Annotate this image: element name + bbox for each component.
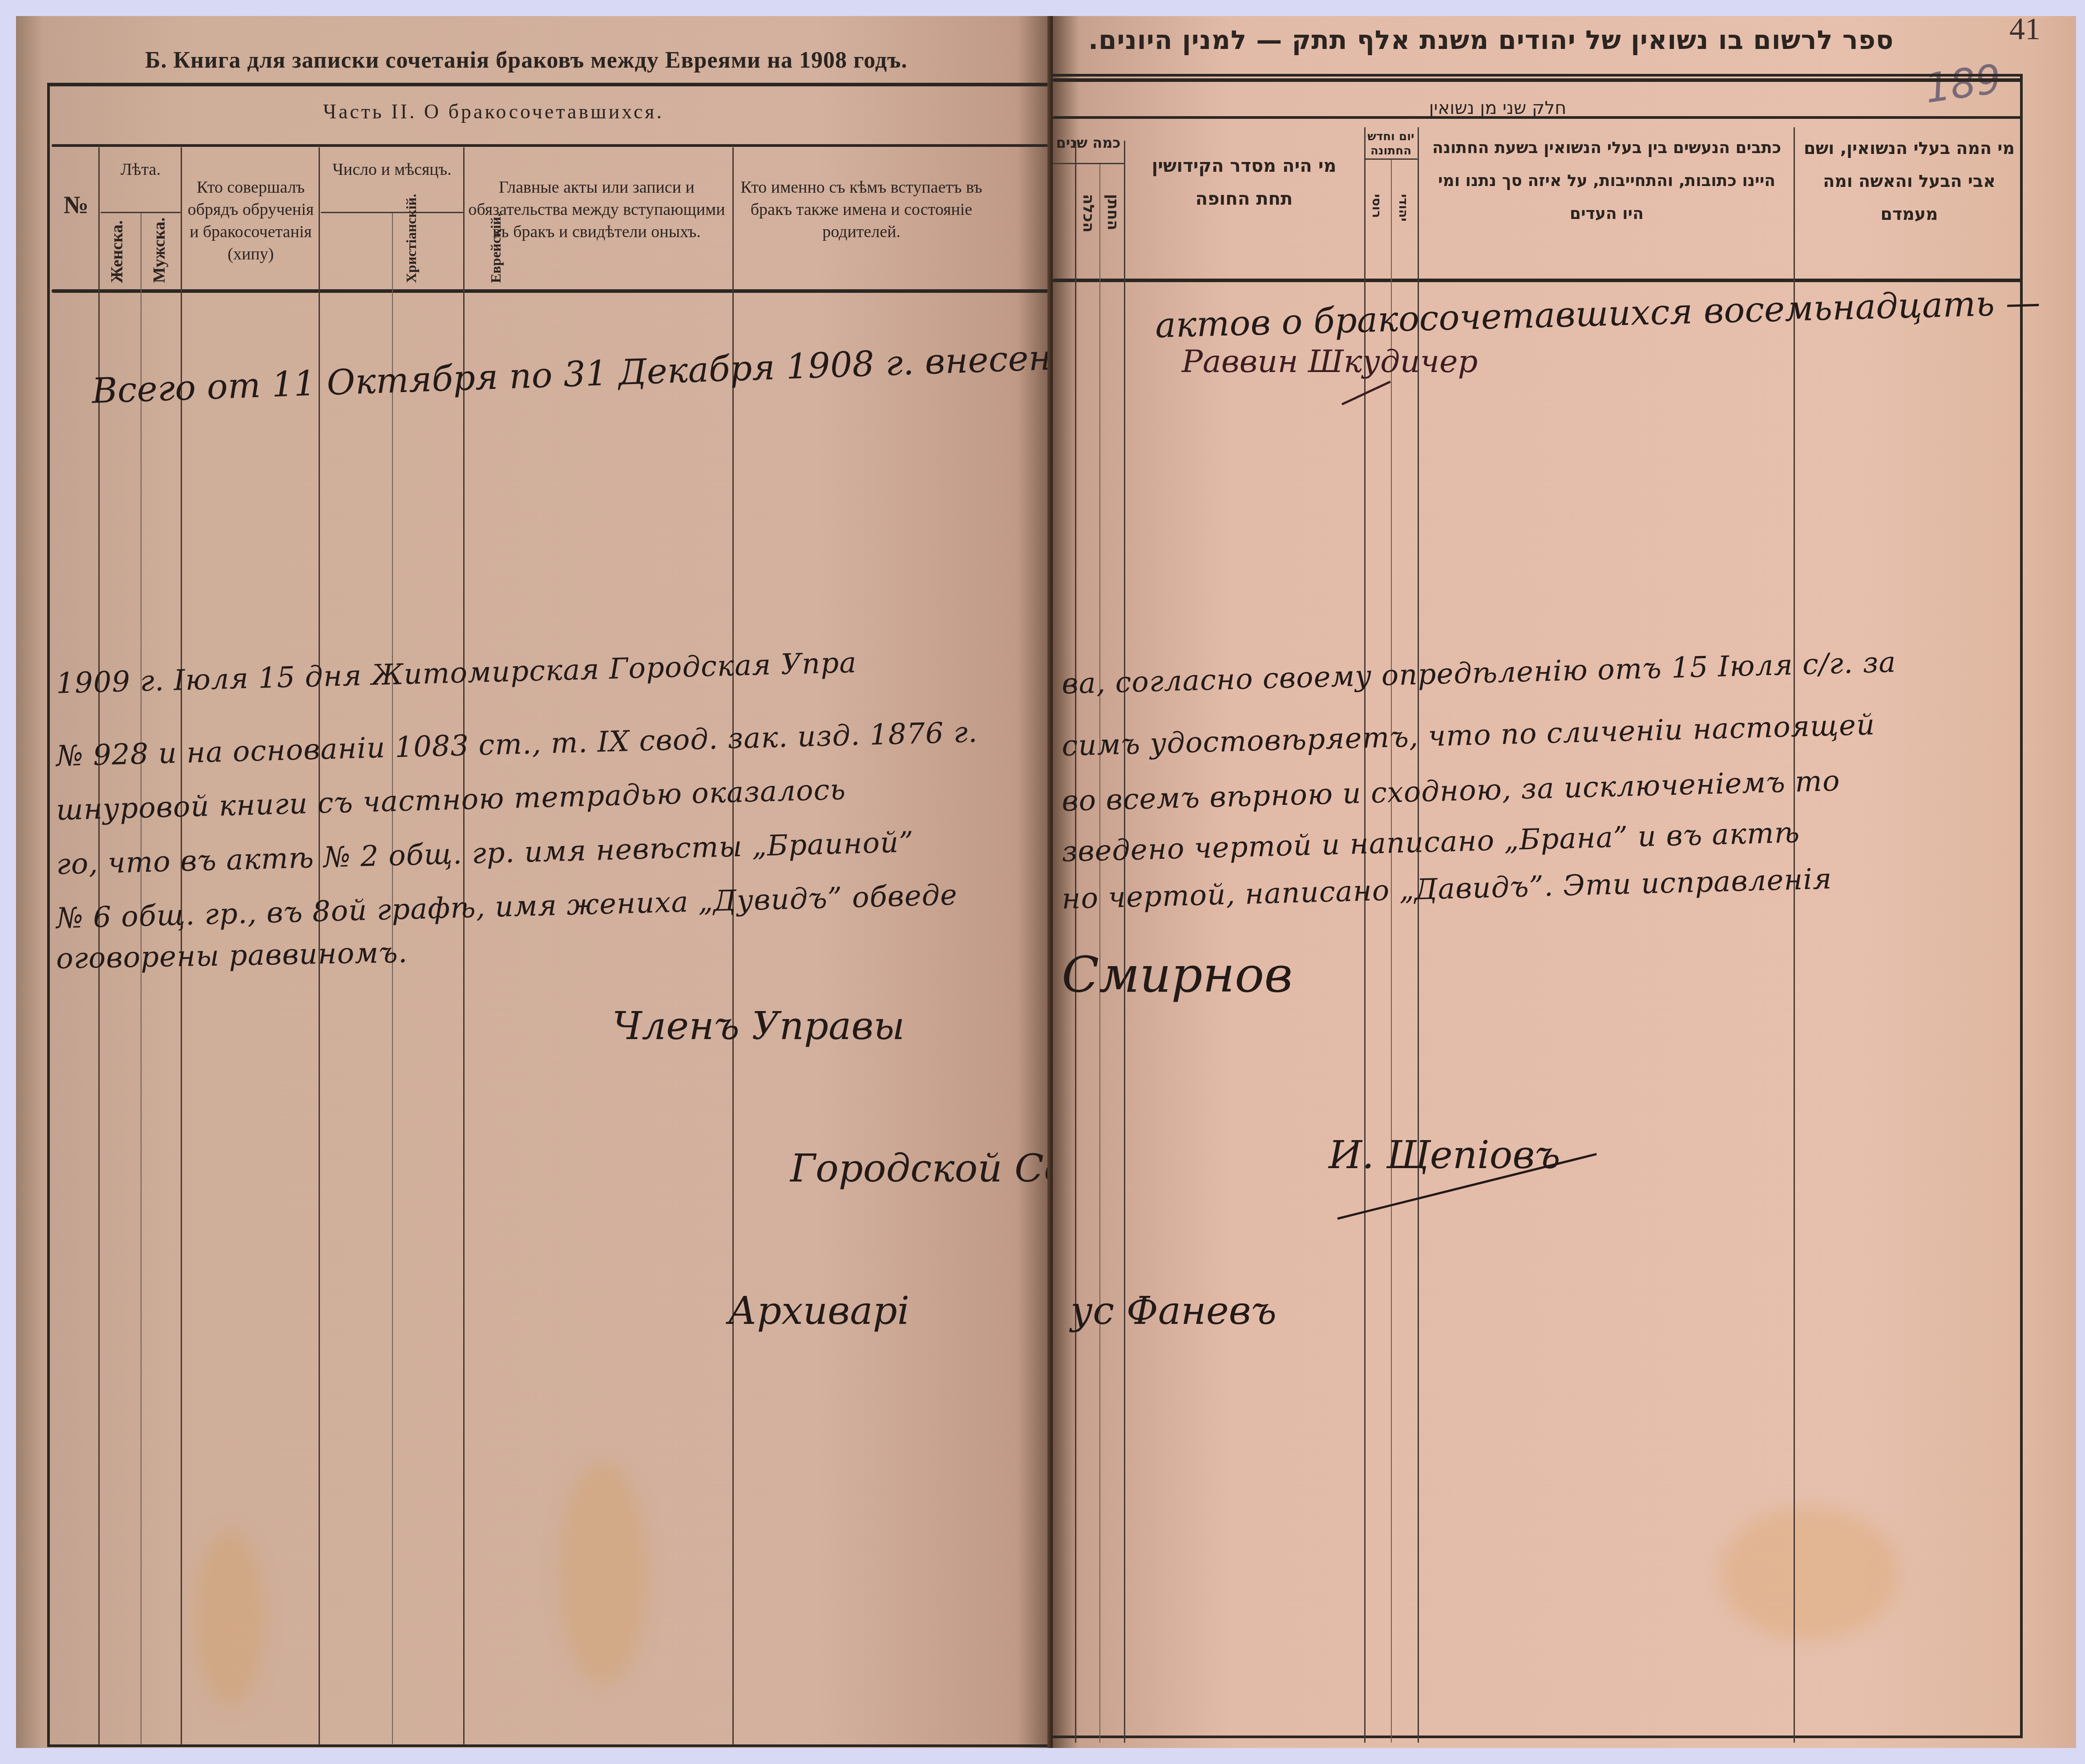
header-parties-hebrew: מי המה בעלי הנשואין, ושם אבי הבעל והאשה … [1800,132,2018,231]
running-head-hebrew: ספר לרשום בו נשואין של יהודים משנת אלף ת… [1088,25,1894,55]
col-sep [1391,158,1392,1743]
note-line: оговорены раввиномъ. [56,936,408,975]
right-page: 41 ספר לרשום בו נשואין של יהודים משנת אל… [1053,16,2076,1748]
member-signature: Смирнов [1062,946,1293,1003]
rule-header-bottom [52,289,1048,293]
header-parties: Кто именно съ кѣмъ вступаетъ въ бракъ та… [737,176,986,243]
header-ages: Лѣта. [101,158,181,181]
col-sep [1075,141,1076,1743]
header-date: Число и мѣсяцъ. [323,158,461,181]
rule-header-bottom [1053,279,2023,282]
col-sep [1124,141,1125,1743]
header-years-bride: הכלה [1079,194,1097,233]
part-title-hebrew: חלק שני מן נשואין [1364,92,1631,125]
left-page: Б. Книга для записки сочетанія браковъ м… [16,16,1053,1748]
header-officiant: Кто совершалъ обрядъ обручeнія и бракосо… [187,176,314,265]
archivist-signature: ус Фаневъ [1071,1289,1277,1333]
rule-mid [52,144,1048,147]
header-age-male: Мужска. [150,225,169,283]
header-date-jewish: יהודי [1396,194,1411,222]
header-years-groom: החתן [1104,194,1122,231]
rule-top [47,83,1048,86]
header-years: כמה שנים [1053,134,1124,152]
col-sep [1794,127,1795,1743]
running-head: Б. Книга для записки сочетанія браковъ м… [145,47,907,73]
col-sep [141,212,141,1745]
rule-top [1053,78,2023,82]
page-number: 41 [2009,16,2041,47]
archivist-label: Архиварі [728,1289,909,1333]
header-date-russian: רוסי [1370,194,1384,218]
rabbi-signature: Раввин Шкудичер [1182,343,1478,380]
subrule [1364,158,1418,160]
col-sep [392,212,393,1745]
header-age-female: Женска. [107,225,127,283]
header-acts: Главные акты или записи и обязательства … [465,176,728,243]
member-label: Членъ Управы [612,1004,905,1048]
subrule [1053,163,1124,164]
header-number: № [56,194,96,216]
part-title: Часть II. О бракосочетавшихся. [323,100,664,123]
rule-mid [1053,116,2023,119]
header-date-christian: Христіанскій. [403,221,420,283]
header-date-hebrew: יום וחדש החתונה [1364,129,1418,158]
open-register-book: Б. Книга для записки сочетанія браковъ м… [16,16,2076,1748]
header-officiant-hebrew: מי היה מסדר הקידושין תחת החופה [1133,150,1355,215]
header-acts-hebrew: כתבים הנעשים בין בעלי הנשואין בשעת החתונ… [1426,132,1787,231]
subrule [101,212,181,213]
secretary-label: Городской Секретарь [790,1146,1053,1191]
subrule [321,212,463,213]
